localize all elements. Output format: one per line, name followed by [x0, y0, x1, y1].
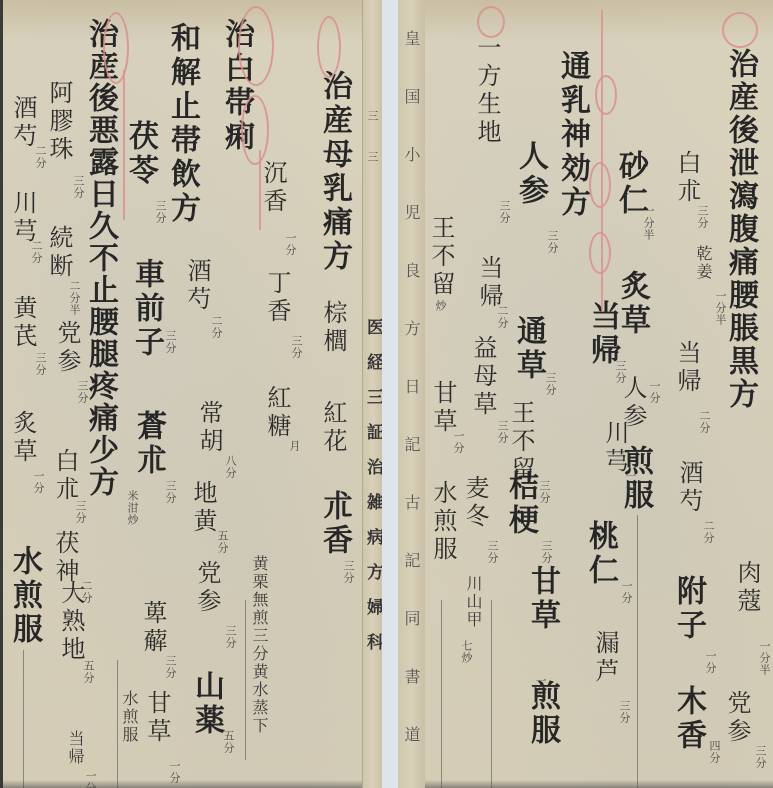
- dosage: 三分: [343, 560, 354, 584]
- ingredient: 党参: [725, 690, 749, 746]
- decoction-instruction: 水煎服: [121, 690, 137, 744]
- dosage: 一分: [85, 770, 96, 788]
- ingredient: 党参: [55, 320, 79, 376]
- ingredient: 人参: [515, 140, 545, 208]
- dosage: 三分: [487, 540, 498, 564]
- dosage: 一分: [33, 470, 44, 494]
- dosage: 三分: [165, 655, 176, 679]
- ingredient: 車前子: [131, 258, 161, 360]
- dosage: 二分: [81, 580, 92, 604]
- preparation-note: 七炒: [461, 640, 472, 664]
- dosage: 一分: [169, 760, 180, 784]
- decoction-instruction: 煎服: [527, 680, 557, 748]
- page-edge-shadow: [3, 780, 362, 788]
- dosage: 三分: [75, 500, 86, 524]
- ingredient: 茯苓: [125, 120, 155, 188]
- ingredient: 酒芍: [677, 460, 701, 516]
- right-page: 治産後泄瀉腹痛腰脹黒方 肉蔻 一分半 党参 三分 白朮 三分 乾姜 一分半 当帰…: [425, 0, 773, 788]
- ingredient: 阿膠珠: [47, 80, 71, 164]
- red-circle-mark: [317, 16, 341, 78]
- ingredient: 白朮: [675, 150, 699, 206]
- ingredient: 炙草: [11, 410, 35, 466]
- ingredient: 酒芍: [185, 258, 209, 314]
- red-circle-mark: [238, 6, 274, 86]
- dosage: 四分: [709, 740, 720, 764]
- dosage: 五分: [223, 730, 234, 754]
- preparation-note: 米泔炒: [127, 490, 138, 526]
- ingredient: 党参: [195, 560, 219, 616]
- ingredient: 丁香: [265, 270, 289, 326]
- ingredient: 乾姜: [695, 245, 711, 281]
- dosage: 三分: [497, 420, 508, 444]
- preparation-note: 炒: [435, 300, 446, 312]
- red-circle-mark: [595, 75, 617, 115]
- dosage: 三分: [73, 175, 84, 199]
- spine-mark: 三三: [367, 110, 378, 192]
- ingredient: 常胡: [197, 400, 221, 456]
- dosage: 三分: [77, 380, 88, 404]
- dosage: 三分: [291, 335, 302, 359]
- spine-title: 医経三証治雑病方婦科: [364, 318, 381, 668]
- dosage: 五分: [83, 660, 94, 684]
- prescription-title: 治産後悪露日久不止腰腿疼痛少方: [85, 18, 115, 498]
- prescription-title: 治産後泄瀉腹痛腰脹黒方: [725, 48, 755, 411]
- dosage: 一分: [621, 580, 632, 604]
- ingredient: 当帰: [477, 255, 501, 311]
- ingredient: 木香: [673, 685, 703, 753]
- ingredient: 漏芦: [593, 630, 617, 686]
- ingredient: 当帰: [67, 730, 83, 766]
- dosage: 二分: [703, 520, 714, 544]
- ingredient: 続断: [47, 225, 71, 281]
- red-line-mark: [259, 150, 261, 230]
- ingredient: 川芎: [603, 420, 627, 476]
- dosage: 三分: [35, 352, 46, 376]
- ingredient: 当帰: [587, 300, 617, 368]
- dosage: 一分: [453, 430, 464, 454]
- dosage: 八分: [225, 455, 236, 479]
- dosage: 一分: [285, 232, 296, 256]
- red-circle-mark: [477, 6, 505, 38]
- dosage: 一分半: [759, 640, 770, 676]
- ingredient: 麦冬: [463, 475, 487, 531]
- dosage: 三分: [499, 200, 510, 224]
- ingredient: 通草: [513, 315, 543, 383]
- page-edge-shadow: [425, 780, 773, 788]
- ingredient: 蒼朮: [133, 410, 163, 478]
- dosage: 二分: [497, 305, 508, 329]
- left-spine-strip: 三三 医経三証治雑病方婦科: [362, 0, 383, 788]
- ingredient: 甘草: [527, 565, 557, 633]
- dosage: 五分: [217, 530, 228, 554]
- ingredient: 白朮: [53, 448, 77, 504]
- dosage: 一分半: [715, 290, 726, 326]
- ingredient: 茯神: [53, 530, 77, 586]
- dosage: 一分: [705, 650, 716, 674]
- ingredient: 酒芍: [11, 95, 35, 151]
- ingredient: 当帰: [675, 340, 699, 396]
- ingredient: 甘草: [145, 690, 169, 746]
- red-circle-mark: [722, 12, 758, 48]
- brace-line: [637, 515, 638, 788]
- dosage: 一分半: [643, 205, 654, 241]
- dosage: 二分半: [69, 280, 80, 316]
- dosage: 三分: [155, 200, 166, 224]
- ingredient: 棕櫚: [321, 300, 345, 356]
- manuscript-scan: 治産母乳痛方 棕櫚 紅花 朮香 三分 沉香 一分 丁香 三分 紅糖 月 黄栗無煎…: [0, 0, 773, 788]
- ingredient: 甘草: [431, 380, 455, 436]
- ingredient: 沉香: [261, 160, 285, 216]
- preparation-note: 黄栗無煎三分黄水蒸下: [251, 555, 267, 735]
- dosage: 三分: [545, 372, 556, 396]
- dosage: 三分: [165, 330, 176, 354]
- dosage: 三分: [539, 480, 550, 504]
- ingredient: 附子: [673, 575, 703, 643]
- red-line-mark: [123, 70, 125, 220]
- decoction-instruction: 水煎服: [9, 545, 39, 647]
- dosage: 三分: [225, 625, 236, 649]
- dosage: 三分: [619, 700, 630, 724]
- brace-line: [491, 600, 492, 788]
- brace-line: [23, 650, 24, 788]
- red-circle-mark: [589, 162, 611, 208]
- prescription-title: 和解止帯飲方: [167, 22, 197, 226]
- ingredient: 黄芪: [11, 295, 35, 351]
- dosage: 三分: [755, 745, 766, 769]
- ingredient: 川山甲: [465, 575, 481, 629]
- spine-title: 皇国小児良方日記古記同書道: [403, 30, 419, 784]
- dosage: 三分: [615, 360, 626, 384]
- ingredient: 肉蔻: [735, 560, 759, 616]
- ingredient: 王不留: [429, 215, 453, 299]
- dosage: 二分: [35, 145, 46, 169]
- dosage: 月: [289, 440, 300, 452]
- prescription-title: 通乳神効方: [557, 50, 587, 220]
- dosage: 三分: [547, 230, 558, 254]
- left-page: 治産母乳痛方 棕櫚 紅花 朮香 三分 沉香 一分 丁香 三分 紅糖 月 黄栗無煎…: [0, 0, 362, 788]
- prescription-title: 治産母乳痛方: [319, 70, 349, 274]
- brace-line: [441, 600, 442, 788]
- prescription-title: 一方生地: [475, 35, 499, 147]
- dosage: 一分: [649, 380, 660, 404]
- ingredient: 炙草: [617, 270, 647, 338]
- ingredient: 紅糖: [265, 385, 289, 441]
- red-circle-mark: [103, 12, 129, 84]
- ingredient: 川芎: [11, 190, 35, 246]
- dosage: 三分: [165, 480, 176, 504]
- dosage: 三分: [697, 205, 708, 229]
- brace-line: [245, 600, 246, 760]
- ingredient: 紅花: [321, 400, 345, 456]
- ingredient: 桃仁: [585, 520, 615, 588]
- ingredient: 砂仁: [615, 150, 645, 218]
- ingredient: 桔梗: [505, 470, 535, 538]
- dosage: 二分: [699, 410, 710, 434]
- ingredient: 山薬: [191, 670, 221, 738]
- red-circle-mark: [589, 232, 611, 274]
- decoction-instruction: 水煎服: [431, 480, 455, 564]
- dosage: 一分: [625, 470, 636, 494]
- dosage: 二分: [211, 315, 222, 339]
- ingredient: 萆薢: [141, 600, 165, 656]
- right-spine-strip: 皇国小児良方日記古記同書道: [398, 0, 427, 788]
- ingredient: 朮香: [319, 490, 349, 558]
- dosage: 二分: [31, 240, 42, 264]
- center-gap: [382, 0, 398, 788]
- dosage: 三分: [541, 540, 552, 564]
- ingredient: 益母草: [471, 335, 495, 419]
- ingredient: 地黄: [191, 480, 215, 536]
- brace-line: [117, 660, 118, 788]
- red-circle-mark: [241, 95, 269, 165]
